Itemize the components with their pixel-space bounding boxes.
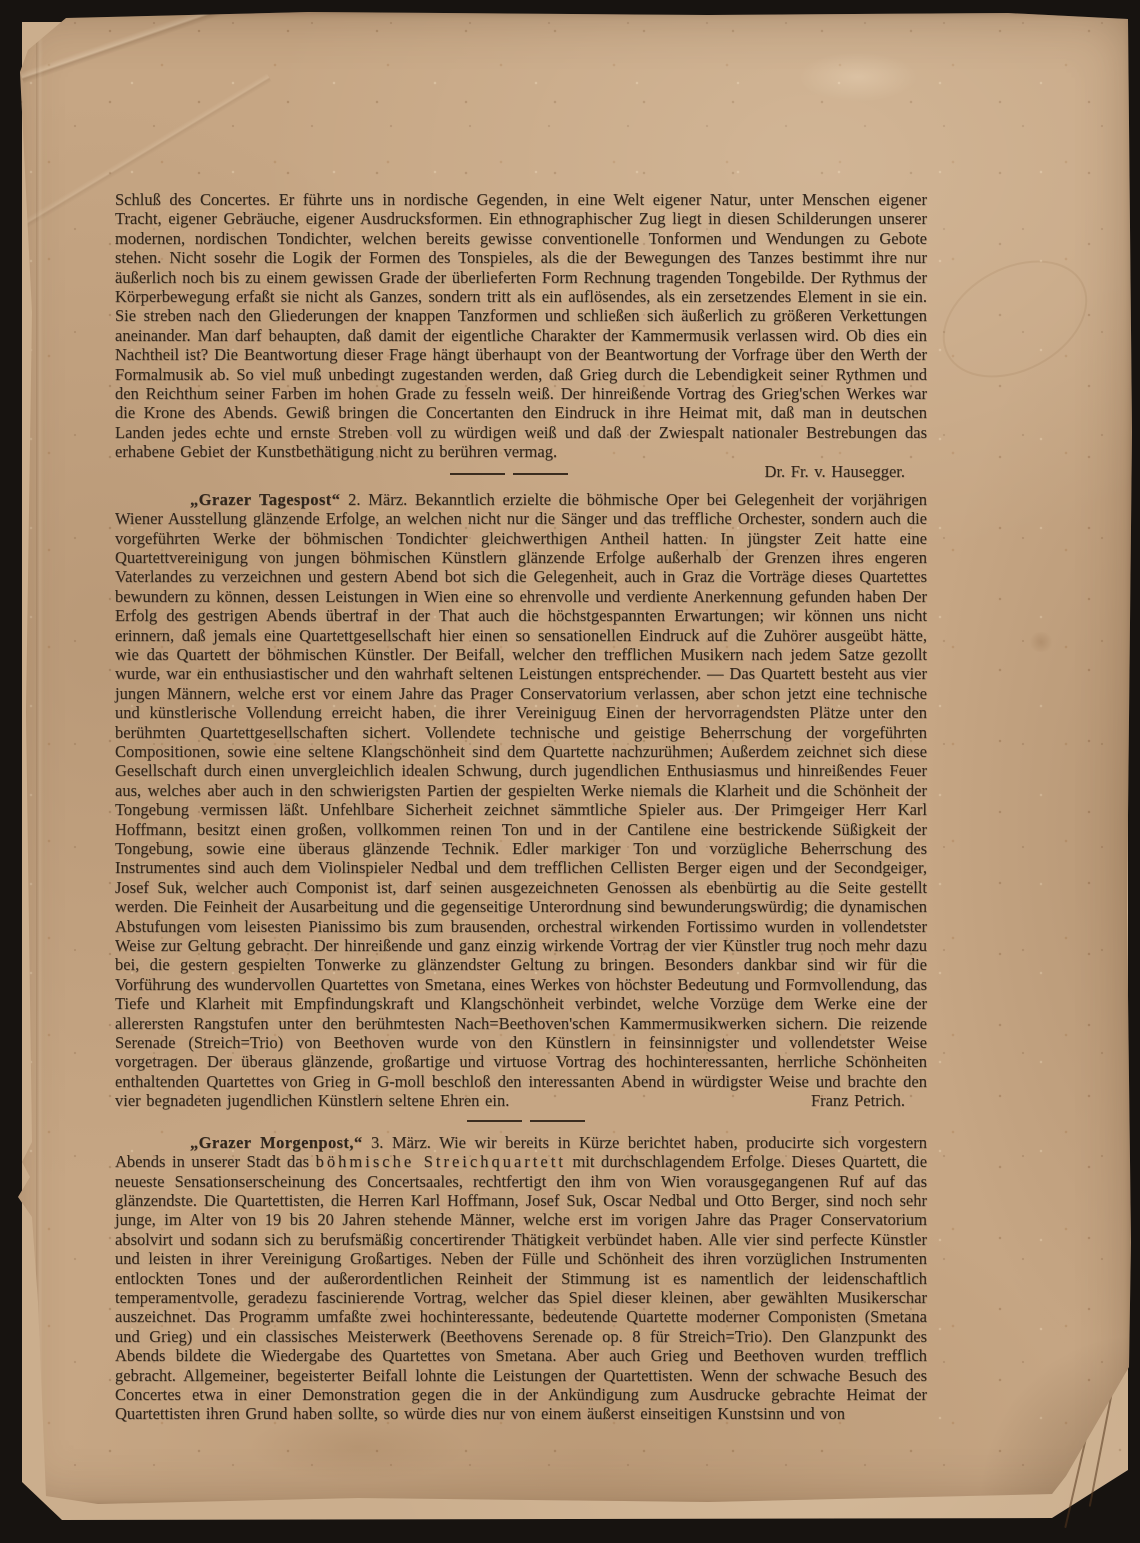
hausegger-signature-row: Dr. Fr. v. Hausegger. bbox=[115, 462, 927, 482]
tagespost-review-paragraph: „Grazer Tagespost“ 2. März. Bekanntlich … bbox=[115, 490, 927, 1111]
morgenpost-review-body: mit durchschlagendem Erfolge. Dieses Qua… bbox=[115, 1152, 927, 1423]
light-patch bbox=[798, 52, 918, 102]
hausegger-signature: Dr. Fr. v. Hausegger. bbox=[765, 462, 905, 481]
morgenpost-emphasis-streichquartett: böhmische Streichquartett bbox=[316, 1152, 566, 1171]
section-divider-rule bbox=[450, 473, 568, 475]
stain-mark bbox=[923, 237, 1108, 401]
printed-text-column: Schluß des Concertes. Er führte uns in n… bbox=[115, 190, 927, 1424]
vertical-fold-crease bbox=[36, 12, 43, 1506]
morgenpost-review-paragraph: „Grazer Morgenpost,“ 3. März. Wie wir be… bbox=[115, 1133, 927, 1424]
hausegger-review-paragraph: Schluß des Concertes. Er führte uns in n… bbox=[115, 190, 927, 462]
hausegger-review-body: Schluß des Concertes. Er führte uns in n… bbox=[115, 190, 927, 461]
morgenpost-date: 3. März. bbox=[371, 1133, 431, 1152]
tagespost-masthead: „Grazer Tagespost“ bbox=[190, 490, 340, 509]
petrich-signature: Franz Petrich. bbox=[736, 1091, 927, 1110]
tagespost-date: 2. März. bbox=[348, 490, 407, 509]
morgenpost-masthead: „Grazer Morgenpost,“ bbox=[190, 1133, 363, 1152]
section-divider-row bbox=[115, 1111, 927, 1133]
photographed-document-page: { "document": { "language": "German (Fra… bbox=[0, 0, 1140, 1543]
fold-crease bbox=[20, 0, 355, 84]
stain-mark bbox=[1028, 632, 1054, 652]
paper-sheet: Schluß des Concertes. Er führte uns in n… bbox=[8, 12, 1132, 1506]
section-divider-rule bbox=[467, 1120, 585, 1122]
tagespost-review-body: Bekanntlich erzielte die böhmische Oper … bbox=[115, 490, 927, 1111]
